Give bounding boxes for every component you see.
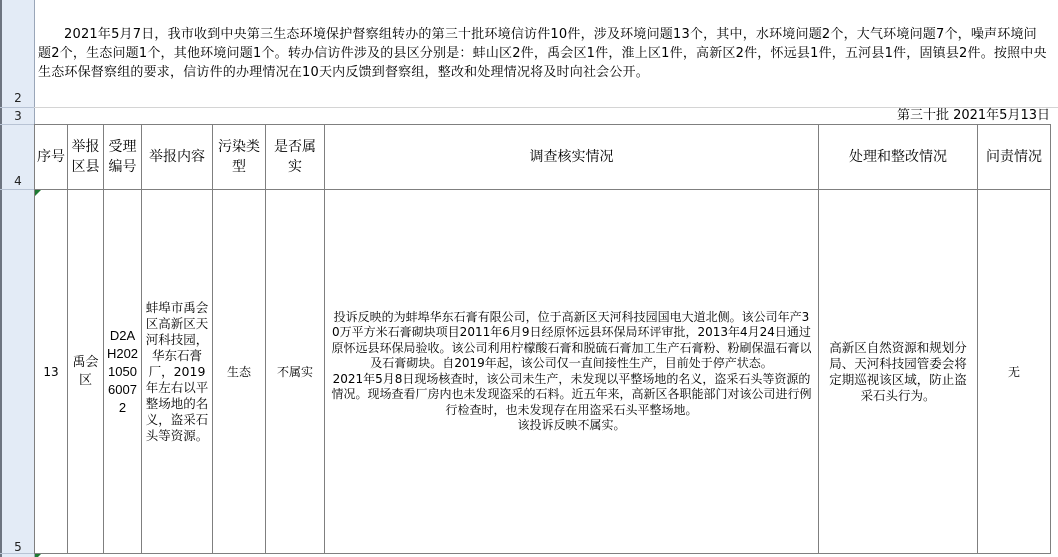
cell-action[interactable]: 高新区自然资源和规划分局、天河科技园管委会将定期巡视该区域，防止盗采石头行为。 bbox=[819, 190, 978, 554]
header-is-true[interactable]: 是否属实 bbox=[266, 125, 325, 190]
row-header-divider bbox=[0, 107, 34, 108]
header-case-id[interactable]: 受理编号 bbox=[104, 125, 142, 190]
investigation-paragraph-1: 投诉反映的为蚌埠华东石膏有限公司，位于高新区天河科技园国电大道北侧。该公司年产3… bbox=[331, 310, 812, 372]
complaint-table: 序号 举报区县 受理编号 举报内容 污染类型 是否属实 调查核实情况 处理和整改… bbox=[34, 124, 1051, 554]
cell-is-true[interactable]: 不属实 bbox=[266, 190, 325, 554]
header-action[interactable]: 处理和整改情况 bbox=[819, 125, 978, 190]
header-investigation[interactable]: 调查核实情况 bbox=[325, 125, 819, 190]
cell-district[interactable]: 禹会区 bbox=[68, 190, 104, 554]
table-row: 13 禹会区 D2A H202 1050 6007 2 蚌埠市禹会区高新区天河科… bbox=[35, 190, 1051, 554]
row-number-3[interactable]: 3 bbox=[2, 109, 34, 123]
row-header-divider bbox=[0, 189, 34, 190]
header-accountability[interactable]: 问责情况 bbox=[978, 125, 1051, 190]
row-number-4[interactable]: 4 bbox=[2, 174, 34, 188]
cell-pollution-type[interactable]: 生态 bbox=[213, 190, 266, 554]
investigation-paragraph-2: 2021年5月8日现场核查时，该公司未生产，未发现以平整场地的名义，盗采石头等资… bbox=[331, 372, 812, 419]
cell-investigation[interactable]: 投诉反映的为蚌埠华东石膏有限公司，位于高新区天河科技园国电大道北侧。该公司年产3… bbox=[325, 190, 819, 554]
case-id-text: D2A H202 1050 6007 2 bbox=[107, 328, 138, 415]
header-content[interactable]: 举报内容 bbox=[142, 125, 213, 190]
investigation-paragraph-3: 该投诉反映不属实。 bbox=[331, 418, 812, 434]
cell-seq[interactable]: 13 bbox=[35, 190, 68, 554]
header-pollution-type[interactable]: 污染类型 bbox=[213, 125, 266, 190]
row-header-divider bbox=[0, 124, 34, 125]
header-district[interactable]: 举报区县 bbox=[68, 125, 104, 190]
cell-error-indicator bbox=[35, 190, 41, 196]
row-number-5[interactable]: 5 bbox=[2, 540, 34, 554]
row-header-column bbox=[0, 0, 35, 557]
batch-date-cell[interactable]: 第三十批 2021年5月13日 bbox=[897, 107, 1050, 124]
table-header-row: 序号 举报区县 受理编号 举报内容 污染类型 是否属实 调查核实情况 处理和整改… bbox=[35, 125, 1051, 190]
cell-content[interactable]: 蚌埠市禹会区高新区天河科技园，华东石膏厂，2019年左右以平整场地的名义，盗采石… bbox=[142, 190, 213, 554]
cell-accountability[interactable]: 无 bbox=[978, 190, 1051, 554]
intro-paragraph-cell[interactable]: 2021年5月7日，我市收到中央第三生态环境保护督察组转办的第三十批环境信访件1… bbox=[38, 25, 1050, 82]
row-number-2[interactable]: 2 bbox=[2, 91, 34, 105]
header-seq[interactable]: 序号 bbox=[35, 125, 68, 190]
cell-case-id[interactable]: D2A H202 1050 6007 2 bbox=[104, 190, 142, 554]
